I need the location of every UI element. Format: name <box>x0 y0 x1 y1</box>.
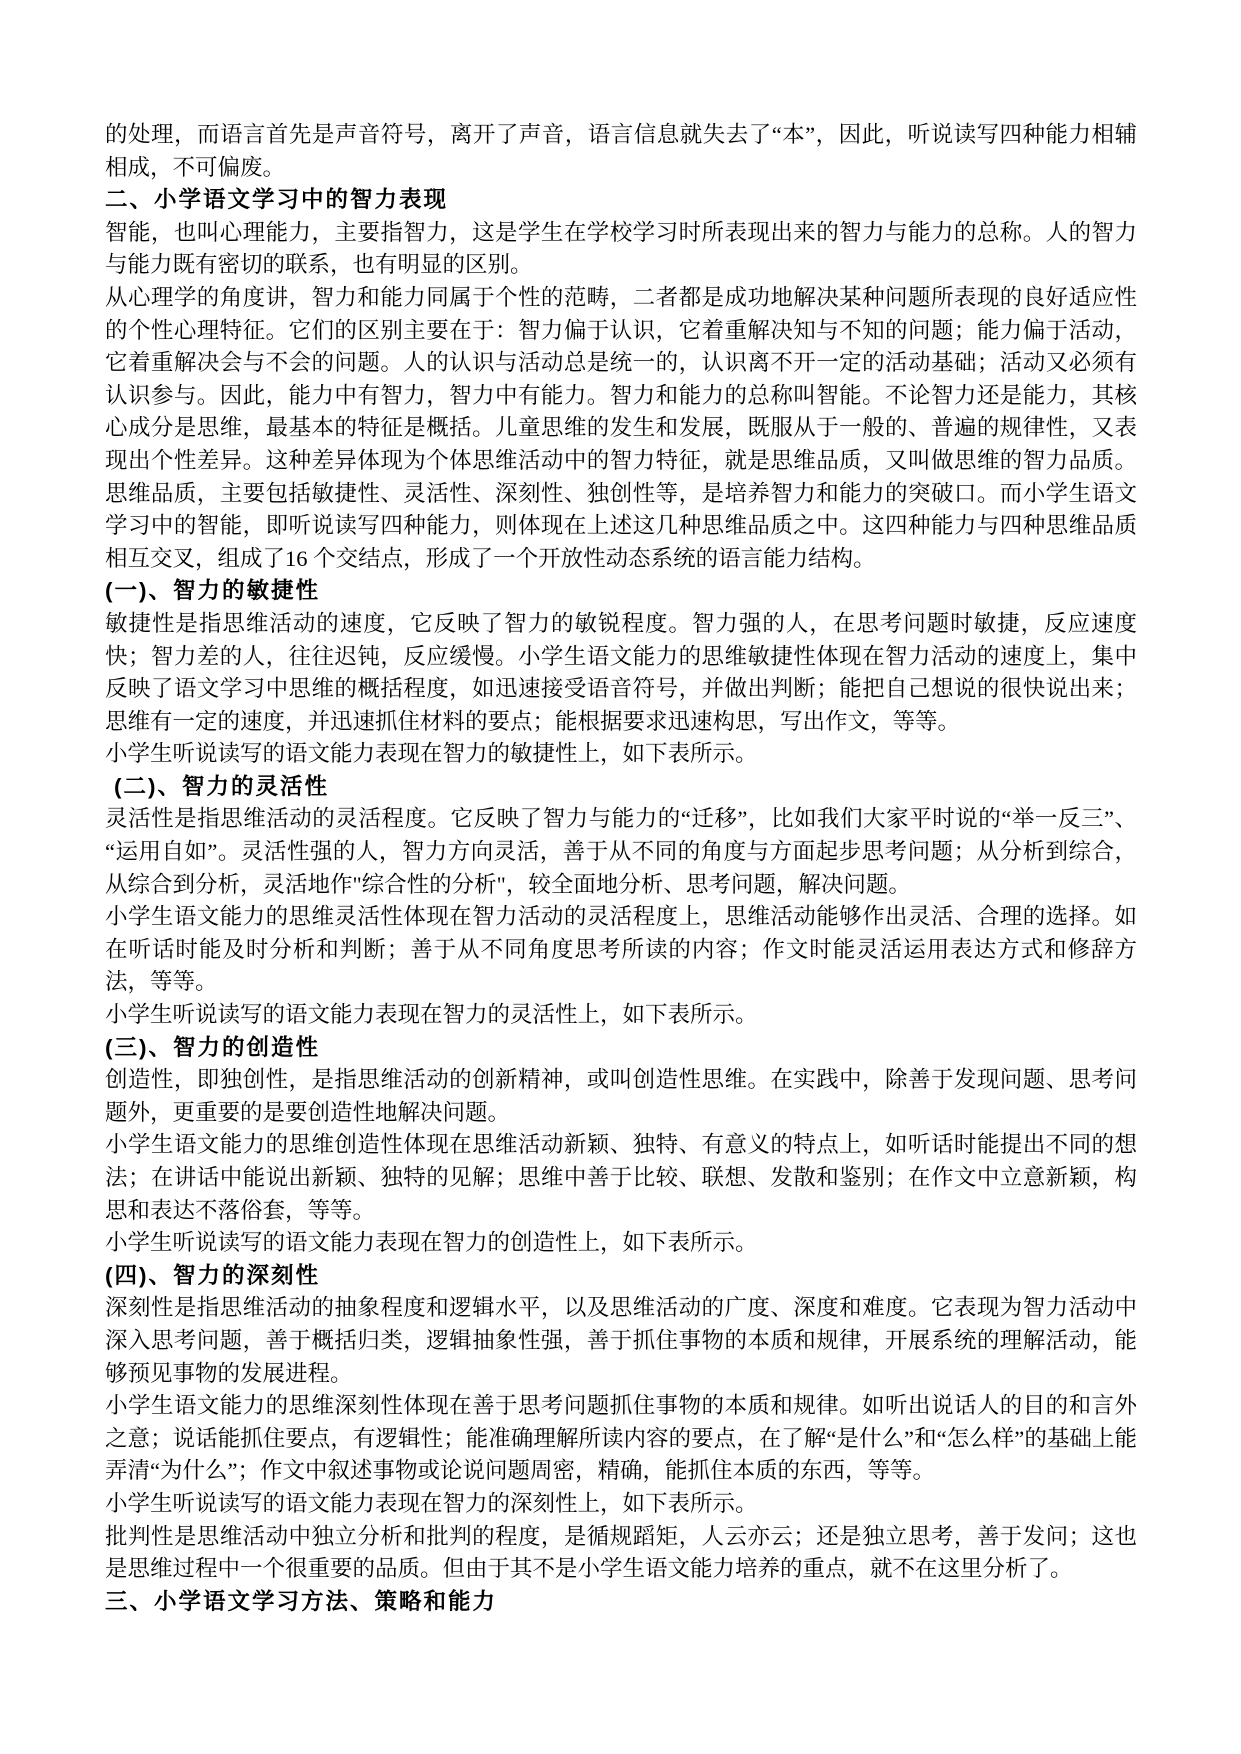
body-paragraph: 小学生听说读写的语文能力表现在智力的创造性上，如下表所示。 <box>105 1227 1137 1260</box>
subsection-heading-3: (三)、智力的创造性 <box>105 1032 1137 1065</box>
subsection-heading-2: (二)、智力的灵活性 <box>105 771 1137 804</box>
body-paragraph: 从心理学的角度讲，智力和能力同属于个性的范畴，二者都是成功地解决某种问题所表现的… <box>105 282 1137 575</box>
subsection-heading-4: (四)、智力的深刻性 <box>105 1260 1137 1293</box>
body-paragraph: 的处理，而语言首先是声音符号，离开了声音，语言信息就失去了“本”，因此，听说读写… <box>105 119 1137 184</box>
body-paragraph: 敏捷性是指思维活动的速度，它反映了智力的敏锐程度。智力强的人，在思考问题时敏捷，… <box>105 608 1137 738</box>
section-heading-3: 三、小学语文学习方法、策略和能力 <box>105 1586 1137 1619</box>
body-paragraph: 灵活性是指思维活动的灵活程度。它反映了智力与能力的“迁移”，比如我们大家平时说的… <box>105 803 1137 901</box>
body-paragraph: 小学生语文能力的思维深刻性体现在善于思考问题抓住事物的本质和规律。如听出说话人的… <box>105 1390 1137 1488</box>
body-paragraph: 小学生语文能力的思维灵活性体现在智力活动的灵活程度上，思维活动能够作出灵活、合理… <box>105 901 1137 999</box>
body-paragraph: 小学生听说读写的语文能力表现在智力的灵活性上，如下表所示。 <box>105 999 1137 1032</box>
subsection-heading-1: (一)、智力的敏捷性 <box>105 575 1137 608</box>
body-paragraph: 创造性，即独创性，是指思维活动的创新精神，或叫创造性思维。在实践中，除善于发现问… <box>105 1064 1137 1129</box>
body-paragraph: 小学生语文能力的思维创造性体现在思维活动新颖、独特、有意义的特点上，如听话时能提… <box>105 1129 1137 1227</box>
body-paragraph: 深刻性是指思维活动的抽象程度和逻辑水平，以及思维活动的广度、深度和难度。它表现为… <box>105 1292 1137 1390</box>
document-body: 的处理，而语言首先是声音符号，离开了声音，语言信息就失去了“本”，因此，听说读写… <box>105 119 1137 1618</box>
body-paragraph: 智能，也叫心理能力，主要指智力，这是学生在学校学习时所表现出来的智力与能力的总称… <box>105 217 1137 282</box>
body-paragraph: 小学生听说读写的语文能力表现在智力的深刻性上，如下表所示。 <box>105 1488 1137 1521</box>
document-page: 的处理，而语言首先是声音符号，离开了声音，语言信息就失去了“本”，因此，听说读写… <box>0 0 1241 1754</box>
body-paragraph: 小学生听说读写的语文能力表现在智力的敏捷性上，如下表所示。 <box>105 738 1137 771</box>
section-heading-2: 二、小学语文学习中的智力表现 <box>105 184 1137 217</box>
body-paragraph: 批判性是思维活动中独立分析和批判的程度，是循规蹈矩，人云亦云；还是独立思考，善于… <box>105 1521 1137 1586</box>
